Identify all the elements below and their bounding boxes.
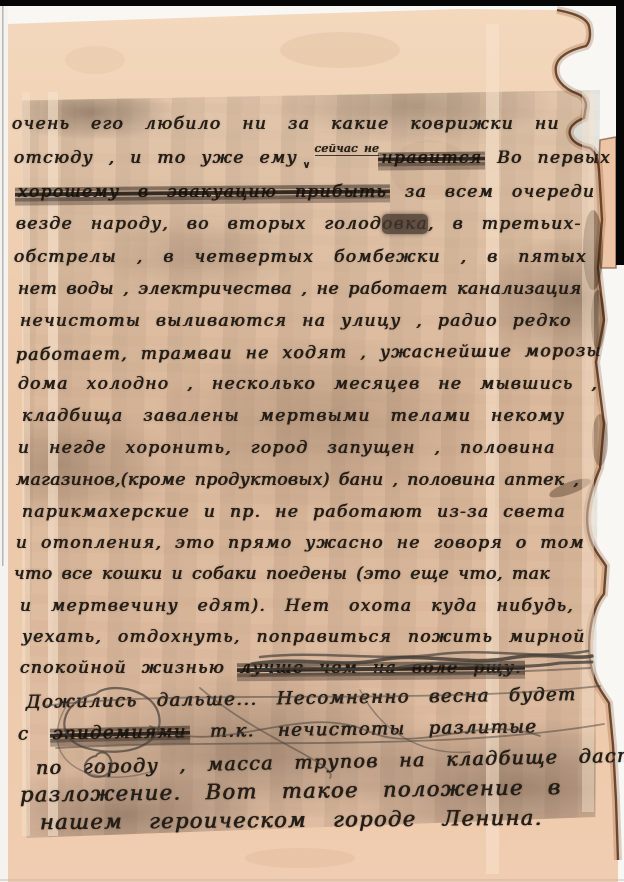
handwritten-text: Во первых bbox=[483, 148, 612, 168]
letter-line: очень его любило ни за какие коврижки ни bbox=[12, 112, 560, 136]
letter-line: и негде хоронить, город запущен , полови… bbox=[18, 436, 556, 460]
handwritten-text: нашем героическом городе Ленина. bbox=[40, 806, 543, 834]
struck-text: нравится bbox=[381, 148, 482, 168]
letter-line: магазинов,(кроме продуктовых) бани , пол… bbox=[16, 468, 579, 492]
letter-line: отсюду , и то уже ему∨сейчас ненравится … bbox=[14, 146, 611, 173]
letter-line: везде народу, во вторых голодовка, в тре… bbox=[16, 212, 582, 236]
handwritten-text: и отопления, это прямо ужасно не говоря … bbox=[16, 533, 585, 553]
handwritten-text: по городу , масса трупов на кладбище дас… bbox=[36, 745, 624, 780]
ink-blot: овка bbox=[382, 214, 428, 234]
handwritten-text: что все кошки и собаки поедены (это еще … bbox=[14, 564, 550, 584]
handwritten-text: нет воды , электричества , не работает к… bbox=[18, 279, 582, 299]
letter-line: работает, трамваи не ходят , ужаснейшие … bbox=[16, 339, 602, 367]
struck-text: лучше чем на воле рщу. bbox=[240, 658, 522, 678]
handwritten-text: , в третьих- bbox=[428, 214, 582, 234]
handwritten-text: спокойной жизнью bbox=[20, 658, 240, 678]
handwritten-text: Дожились дальше... Несомненно весна буде… bbox=[26, 684, 577, 713]
letter-line: нет воды , электричества , не работает к… bbox=[18, 277, 582, 301]
letter-line: уехать, отдохнуть, поправиться пожить ми… bbox=[22, 625, 586, 649]
handwritten-text: обстрелы , в четвертых бомбежки , в пяты… bbox=[14, 247, 587, 267]
letter-lines: очень его любило ни за какие коврижки ни… bbox=[0, 0, 624, 882]
struck-text: эпидемиями bbox=[52, 721, 187, 744]
letter-line: кладбища завалены мертвыми телами некому bbox=[22, 404, 565, 428]
handwritten-text: уехать, отдохнуть, поправиться пожить ми… bbox=[22, 627, 586, 647]
handwritten-text: работает, трамваи не ходят , ужаснейшие … bbox=[16, 341, 602, 365]
handwritten-text: нечистоты выливаются на улицу , радио ре… bbox=[20, 311, 572, 331]
letter-line: и отопления, это прямо ужасно не говоря … bbox=[16, 531, 585, 555]
handwritten-text: т.к. нечистоты разлитые bbox=[187, 716, 538, 742]
letter-line: нечистоты выливаются на улицу , радио ре… bbox=[20, 309, 572, 333]
handwritten-text: магазинов,(кроме продуктовых) бани , пол… bbox=[16, 470, 579, 490]
handwritten-text: и мертвечину едят). Нет охота куда нибуд… bbox=[20, 596, 574, 616]
handwritten-text: дома холодно , несколько месяцев не мывш… bbox=[18, 374, 598, 394]
inserted-text: сейчас не bbox=[315, 141, 380, 156]
letter-line: хорошему в эвакуацию прибыть за всем оче… bbox=[18, 180, 595, 204]
handwritten-text: кладбища завалены мертвыми телами некому bbox=[22, 406, 565, 426]
insert-caret: ∨ bbox=[303, 160, 312, 171]
letter-line: дома холодно , несколько месяцев не мывш… bbox=[18, 372, 598, 396]
letter-line: нашем героическом городе Ленина. bbox=[40, 806, 543, 834]
handwritten-text: очень его любило ни за какие коврижки ни bbox=[12, 114, 560, 134]
handwritten-text: и негде хоронить, город запущен , полови… bbox=[18, 438, 556, 458]
handwritten-text: с bbox=[18, 723, 53, 744]
scanned-letter-page: очень его любило ни за какие коврижки ни… bbox=[0, 0, 624, 882]
letter-line: парикмахерские и пр. не работают из-за с… bbox=[22, 500, 566, 524]
letter-line: обстрелы , в четвертых бомбежки , в пяты… bbox=[14, 245, 587, 269]
letter-line: Дожились дальше... Несомненно весна буде… bbox=[26, 683, 577, 715]
handwritten-text: парикмахерские и пр. не работают из-за с… bbox=[22, 502, 566, 522]
letter-line: что все кошки и собаки поедены (это еще … bbox=[14, 562, 550, 586]
letter-line: разложение. Вот такое положение в bbox=[20, 775, 562, 807]
handwritten-text: отсюду , и то уже ему bbox=[14, 148, 298, 168]
letter-line: с эпидемиями т.к. нечистоты разлитые bbox=[18, 715, 538, 746]
struck-text: хорошему в эвакуацию прибыть bbox=[18, 182, 387, 202]
letter-line: спокойной жизнью лучше чем на воле рщу. bbox=[20, 656, 522, 680]
letter-line: и мертвечину едят). Нет охота куда нибуд… bbox=[20, 594, 574, 618]
handwritten-text: за всем очереди bbox=[387, 182, 595, 202]
handwritten-text: везде народу, во вторых голод bbox=[16, 214, 382, 234]
handwritten-text: разложение. Вот такое положение в bbox=[20, 775, 562, 807]
